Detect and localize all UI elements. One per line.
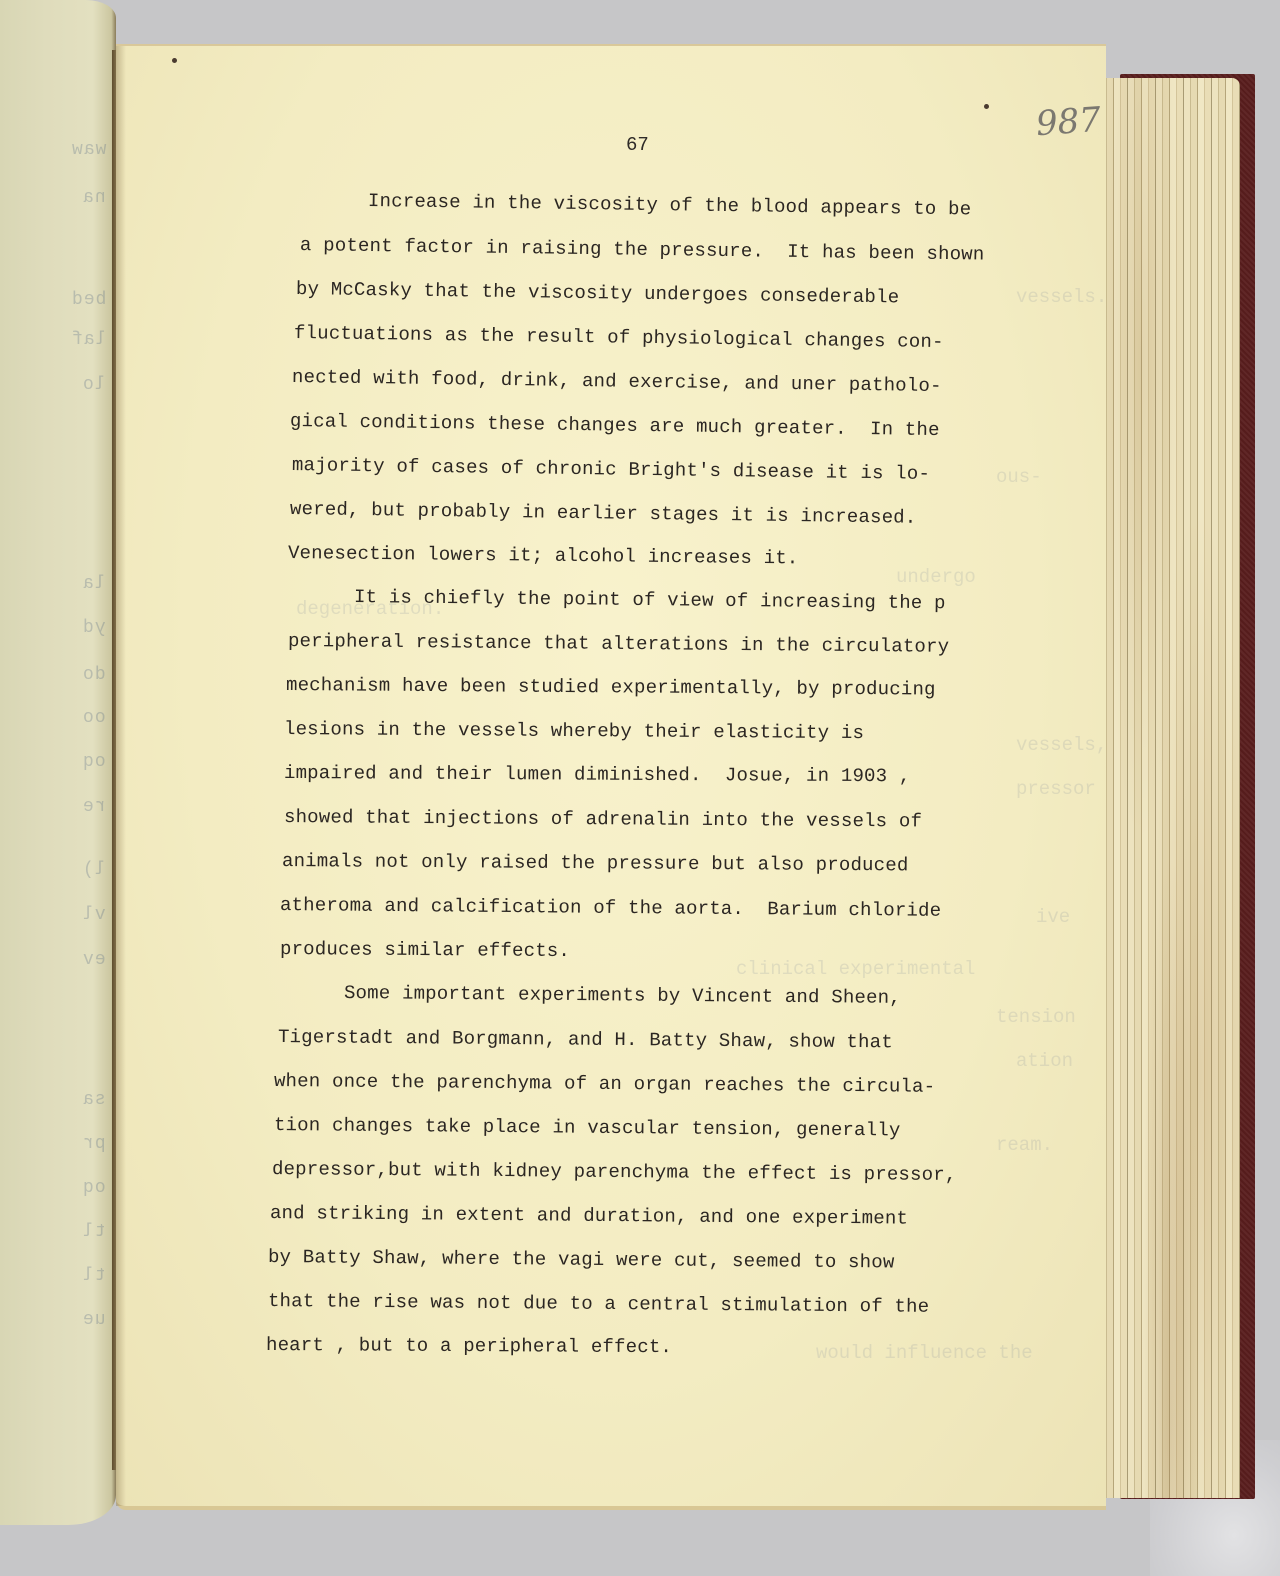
bleed-through-text: oo — [82, 708, 106, 728]
text-line: wered, but probably in earlier stages it… — [290, 498, 917, 529]
bleed-through-text: vl — [82, 905, 106, 925]
text-line: animals not only raised the pressure but… — [282, 850, 909, 876]
bleed-through-text: clinical experimental — [736, 958, 975, 980]
text-line: Increase in the viscosity of the blood a… — [368, 190, 972, 220]
bleed-through-text: waw — [71, 140, 106, 160]
text-line: by McCasky that the viscosity undergoes … — [296, 278, 900, 308]
text-line: a potent factor in raising the pressure.… — [300, 234, 985, 266]
bleed-through-text: tension — [996, 1006, 1076, 1028]
text-line: Some important experiments by Vincent an… — [344, 982, 901, 1009]
page-number: 67 — [626, 134, 649, 156]
text-line: lesions in the vessels whereby their ela… — [284, 718, 864, 744]
page-edge-shadow — [116, 46, 126, 1506]
bleed-through-text: oq — [82, 1178, 106, 1198]
handwritten-folio-number: 987 — [1035, 100, 1103, 144]
text-line: produces similar effects. — [280, 938, 570, 962]
text-line: mechanism have been studied experimental… — [286, 674, 936, 701]
bleed-through-text: pressor — [1016, 778, 1096, 800]
text-line: atheroma and calcification of the aorta.… — [280, 894, 941, 922]
bleed-through-text: ive — [1036, 906, 1070, 928]
text-line: Venesection lowers it; alcohol increases… — [288, 542, 799, 569]
text-line: impaired and their lumen diminished. Jos… — [284, 762, 911, 787]
bleed-through-text: bed — [71, 290, 106, 310]
text-line: peripheral resistance that alterations i… — [288, 630, 949, 658]
bleed-through-text: tl — [82, 1266, 106, 1286]
text-line: showed that injections of adrenalin into… — [284, 806, 922, 832]
bleed-through-text: ue — [82, 1310, 106, 1330]
text-line: tion changes take place in vascular tens… — [274, 1114, 901, 1141]
bleed-through-text: na — [82, 188, 106, 208]
bleed-through-text: ation — [1016, 1050, 1073, 1072]
text-line: that the rise was not due to a central s… — [268, 1290, 929, 1318]
bleed-through-text: pr — [82, 1134, 106, 1154]
text-line: gical conditions these changes are much … — [290, 410, 940, 441]
text-line: nected with food, drink, and exercise, a… — [292, 366, 942, 397]
text-line: Tigerstadt and Borgmann, and H. Batty Sh… — [278, 1026, 893, 1053]
bleed-through-text: laf — [71, 330, 106, 350]
text-line: majority of cases of chronic Bright's di… — [292, 454, 930, 485]
bleed-through-text: l) — [82, 860, 106, 880]
bleed-through-text: re — [82, 797, 106, 817]
text-line: by Batty Shaw, where the vagi were cut, … — [268, 1246, 895, 1273]
bleed-through-text: would influence the — [816, 1342, 1033, 1364]
bleed-through-text: vessels. — [1016, 286, 1107, 308]
pin-hole — [172, 58, 177, 63]
bleed-through-text: ream. — [996, 1134, 1053, 1156]
bleed-through-text: ous- — [996, 466, 1042, 488]
text-line: depressor,but with kidney parenchyma the… — [272, 1158, 957, 1186]
bleed-through-text: do — [82, 665, 106, 685]
bleed-through-text: yd — [82, 618, 106, 638]
pin-hole — [984, 104, 989, 109]
bleed-through-text: sa — [82, 1090, 106, 1110]
bleed-through-text: la — [82, 574, 106, 594]
bleed-through-text: undergo — [896, 566, 976, 588]
document-page: 67 987 vessels.ous-undergodegeneration.v… — [116, 44, 1106, 1510]
text-line: fluctuations as the result of physiologi… — [294, 322, 944, 353]
bleed-through-text: oq — [82, 752, 106, 772]
bleed-through-text: lo — [82, 375, 106, 395]
text-line: and striking in extent and duration, and… — [270, 1202, 908, 1230]
text-line: when once the parenchyma of an organ rea… — [274, 1070, 935, 1098]
left-page: wawnabedlaflolayddooooqrel)vlevsaproqtlt… — [0, 0, 116, 1525]
page-stack-staining — [1100, 78, 1240, 1498]
bleed-through-text: vessels, — [1016, 734, 1107, 756]
bleed-through-text: tl — [82, 1222, 106, 1242]
text-line: heart , but to a peripheral effect. — [266, 1334, 672, 1358]
bleed-through-text: ev — [82, 950, 106, 970]
